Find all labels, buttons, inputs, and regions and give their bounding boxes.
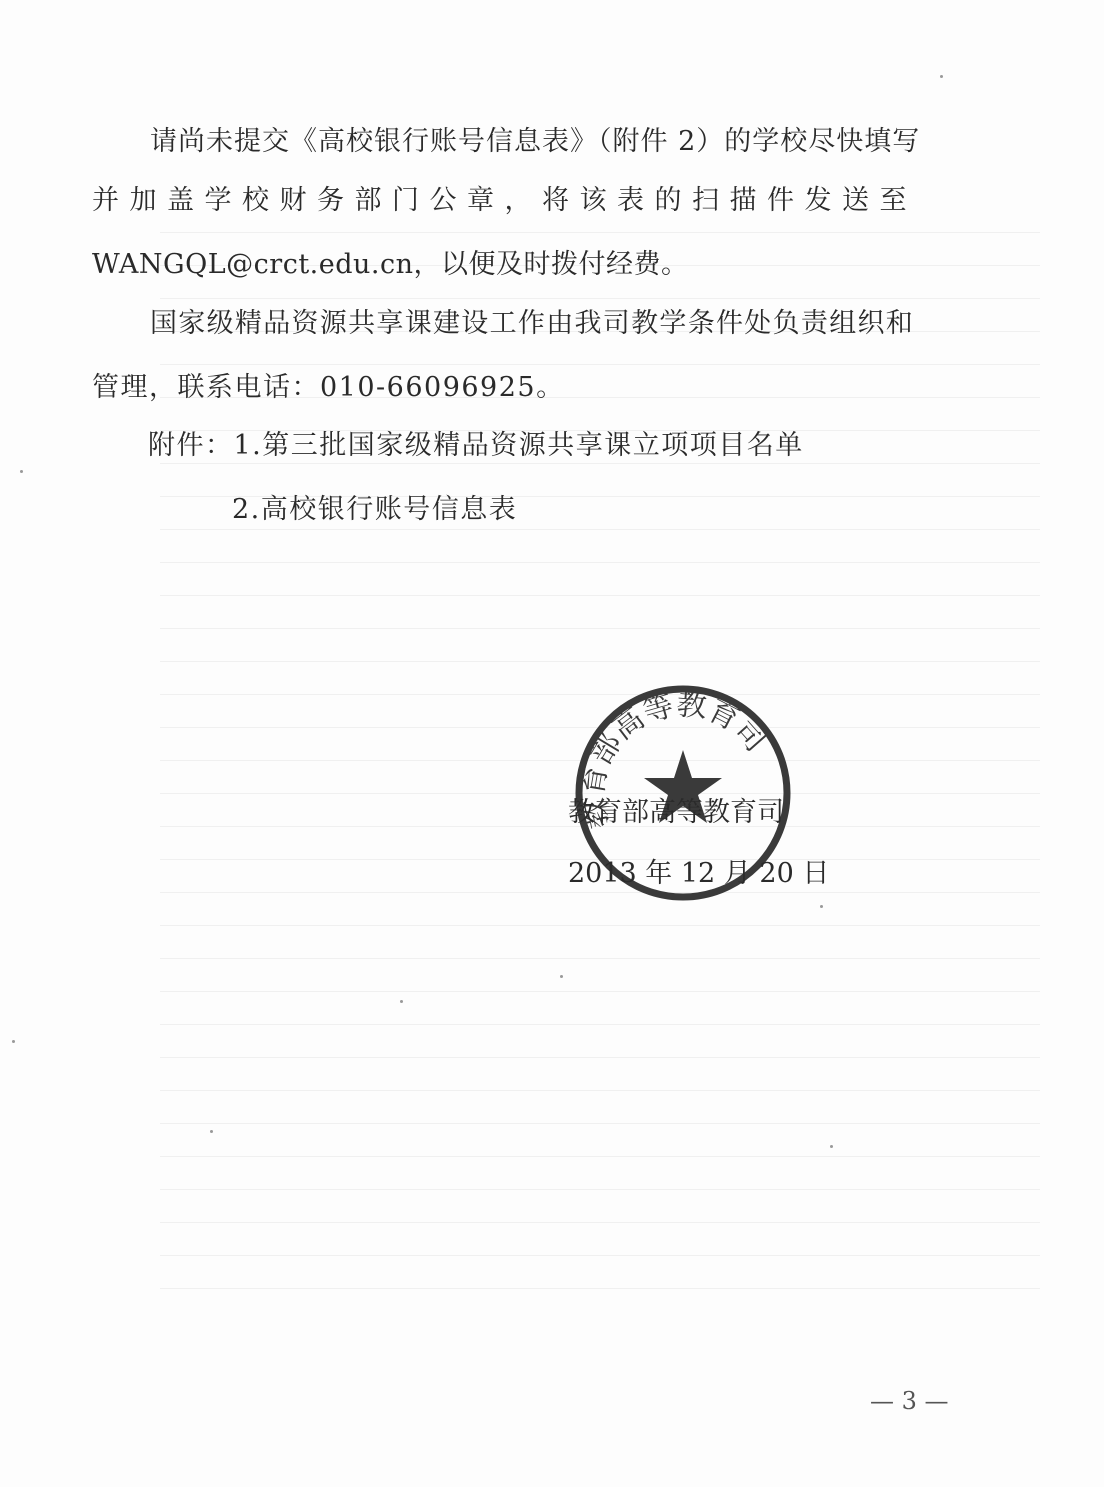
signature-organization: 教育部高等教育司 <box>568 795 784 831</box>
signature-date: 2013 年 12 月 20 日 <box>568 856 829 892</box>
scan-speck <box>820 905 823 908</box>
attachment-item-2: 2.高校银行账号信息表 <box>232 492 517 528</box>
paragraph-2-line-1: 国家级精品资源共享课建设工作由我司教学条件处负责组织和 <box>150 306 914 342</box>
scan-speck <box>20 470 23 473</box>
page-number: — 3 — <box>870 1386 949 1416</box>
paragraph-2-line-2: 管理，联系电话：010-66096925。 <box>92 370 565 406</box>
paragraph-1-line-3: WANGQL@crct.edu.cn，以便及时拨付经费。 <box>92 247 689 283</box>
scan-speck <box>210 1130 213 1133</box>
attachment-item-1: 附件：1.第三批国家级精品资源共享课立项项目名单 <box>148 428 804 464</box>
scan-speck <box>830 1145 833 1148</box>
document-page: 请尚未提交《高校银行账号信息表》（附件 2）的学校尽快填写 并加盖学校财务部门公… <box>0 0 1104 1487</box>
scan-speck <box>940 75 943 78</box>
scan-speck <box>560 975 563 978</box>
scan-speck <box>400 1000 403 1003</box>
paragraph-1-line-1: 请尚未提交《高校银行账号信息表》（附件 2）的学校尽快填写 <box>150 124 920 160</box>
scan-speck <box>12 1040 15 1043</box>
paragraph-1-line-2: 并加盖学校财务部门公章，将该表的扫描件发送至 <box>92 183 917 219</box>
bleed-through-background <box>160 200 1040 1300</box>
